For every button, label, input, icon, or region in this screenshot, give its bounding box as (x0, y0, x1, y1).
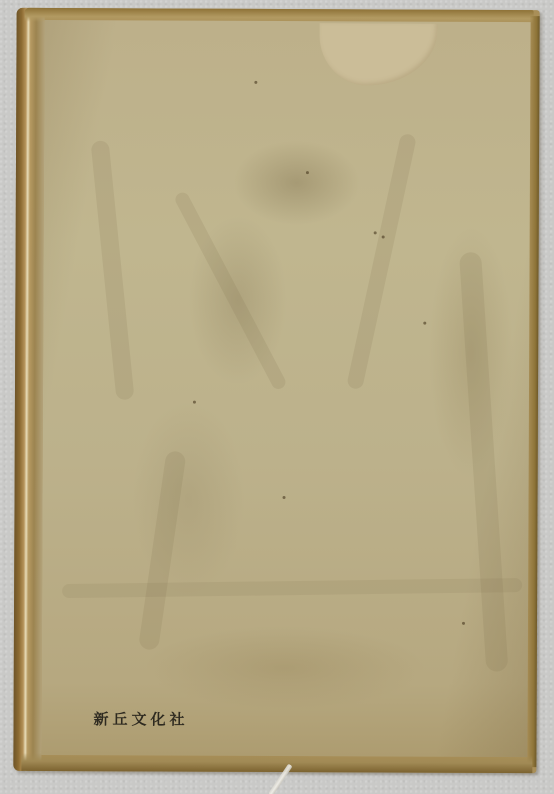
spot (254, 81, 257, 84)
spot (283, 496, 286, 499)
spot (382, 235, 385, 238)
stain (62, 578, 522, 598)
spot (462, 622, 465, 625)
spot (423, 322, 426, 325)
stain (173, 190, 288, 391)
publisher-name: 新丘文化社 (94, 708, 189, 729)
photo-scene: 新丘文化社 (0, 0, 554, 794)
spot (306, 171, 309, 174)
book-spine-edge (13, 8, 44, 771)
spot (193, 401, 196, 404)
stain (459, 252, 508, 673)
spot (374, 231, 377, 234)
stain (346, 133, 417, 390)
stain (138, 450, 186, 651)
stain (91, 140, 135, 400)
worn-patch (319, 23, 437, 86)
book: 新丘文化社 (13, 8, 539, 773)
back-cover: 新丘文化社 (41, 20, 530, 757)
